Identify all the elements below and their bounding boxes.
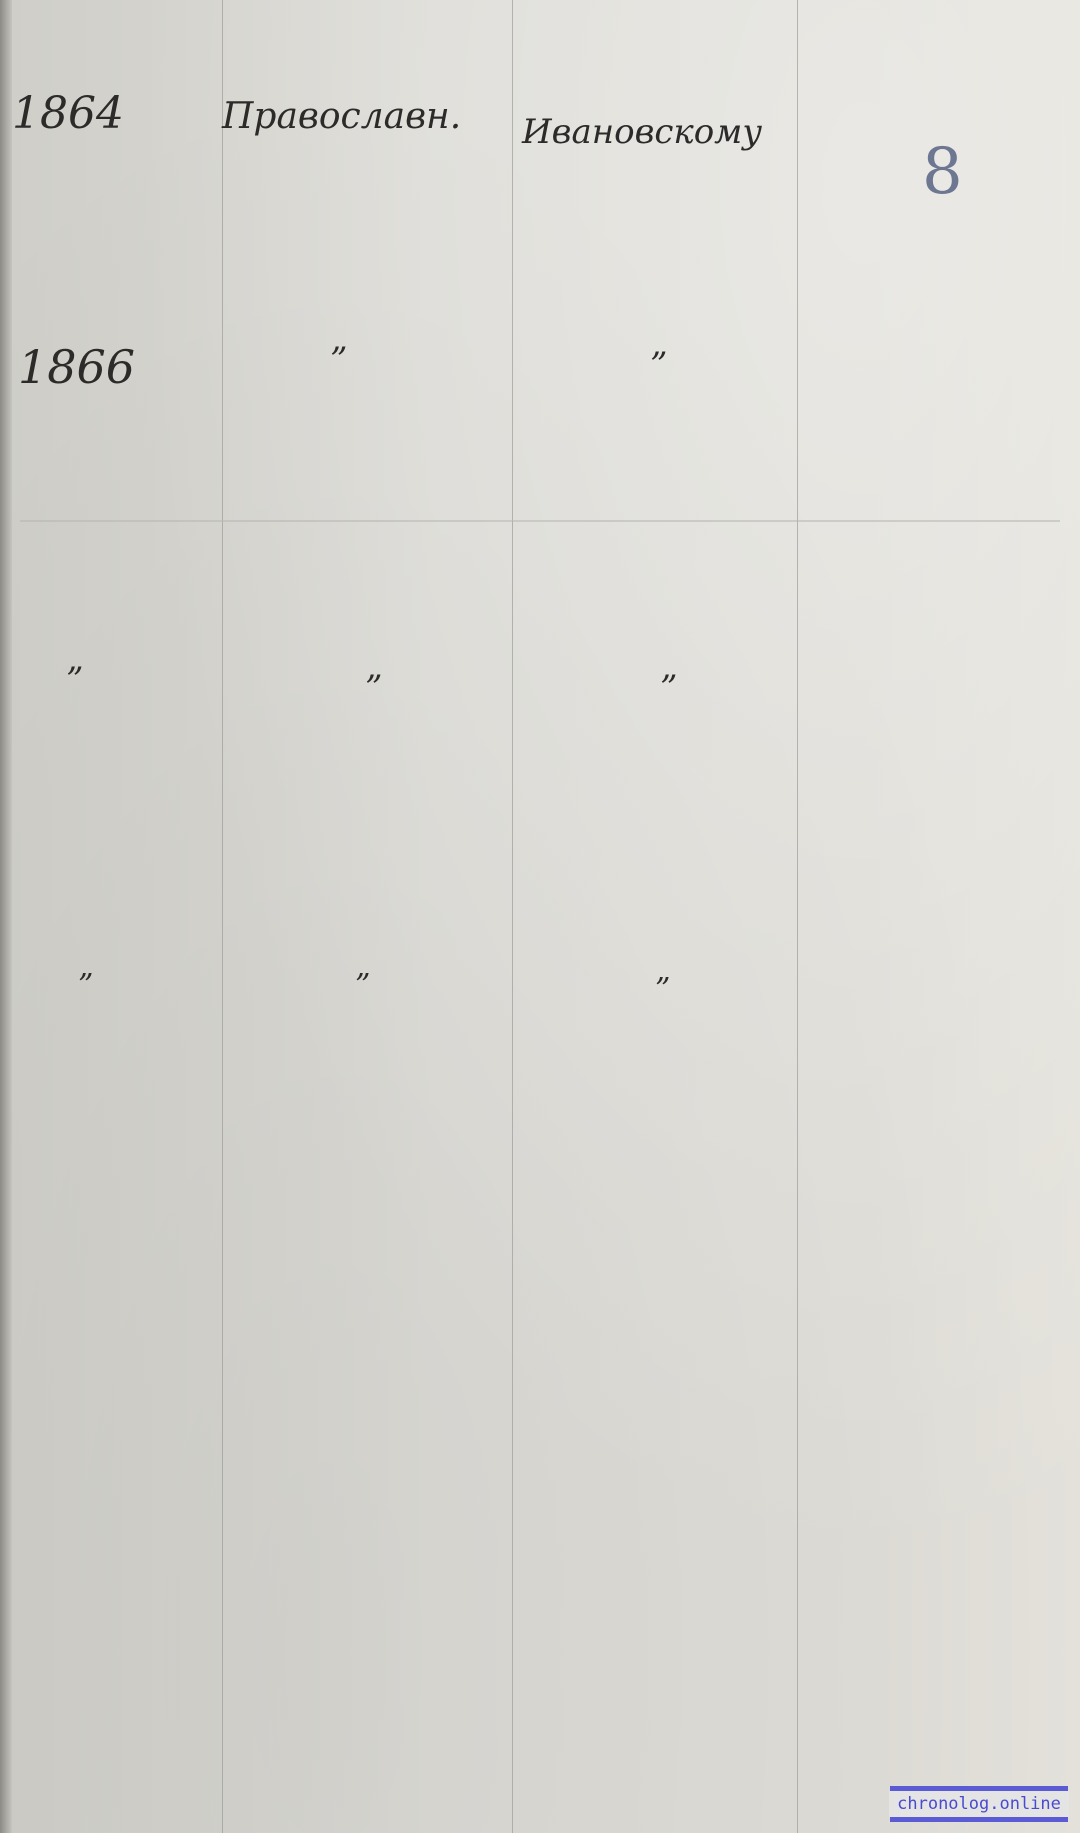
archival-page: 1864 Православн. Ивановскому 8 1866 ” ” … — [0, 0, 1080, 1833]
column-rule-1 — [222, 0, 223, 1833]
watermark-badge: chronolog.online — [890, 1786, 1068, 1822]
row-2-year: 1866 — [18, 340, 135, 394]
row-2-religion-ditto: ” — [330, 340, 347, 380]
row-4-religion-ditto: ” — [355, 968, 370, 1003]
page-binding-edge — [0, 0, 12, 1833]
column-rule-3 — [797, 0, 798, 1833]
row-2-name-ditto: ” — [650, 345, 667, 385]
row-4-year-ditto: ” — [78, 968, 93, 1003]
column-rule-2 — [512, 0, 513, 1833]
page-number: 8 — [922, 135, 963, 209]
bleed-through — [20, 520, 1060, 522]
row-3-year-ditto: ” — [66, 660, 83, 700]
row-3-name-ditto: ” — [660, 668, 677, 708]
row-4-name-ditto: ” — [655, 972, 670, 1007]
row-3-religion-ditto: ” — [365, 668, 382, 708]
row-1-year: 1864 — [12, 88, 124, 139]
row-1-religion: Православн. — [222, 96, 461, 137]
row-1-name: Ивановскому — [522, 112, 762, 152]
watermark-text: chronolog.online — [889, 1791, 1069, 1817]
